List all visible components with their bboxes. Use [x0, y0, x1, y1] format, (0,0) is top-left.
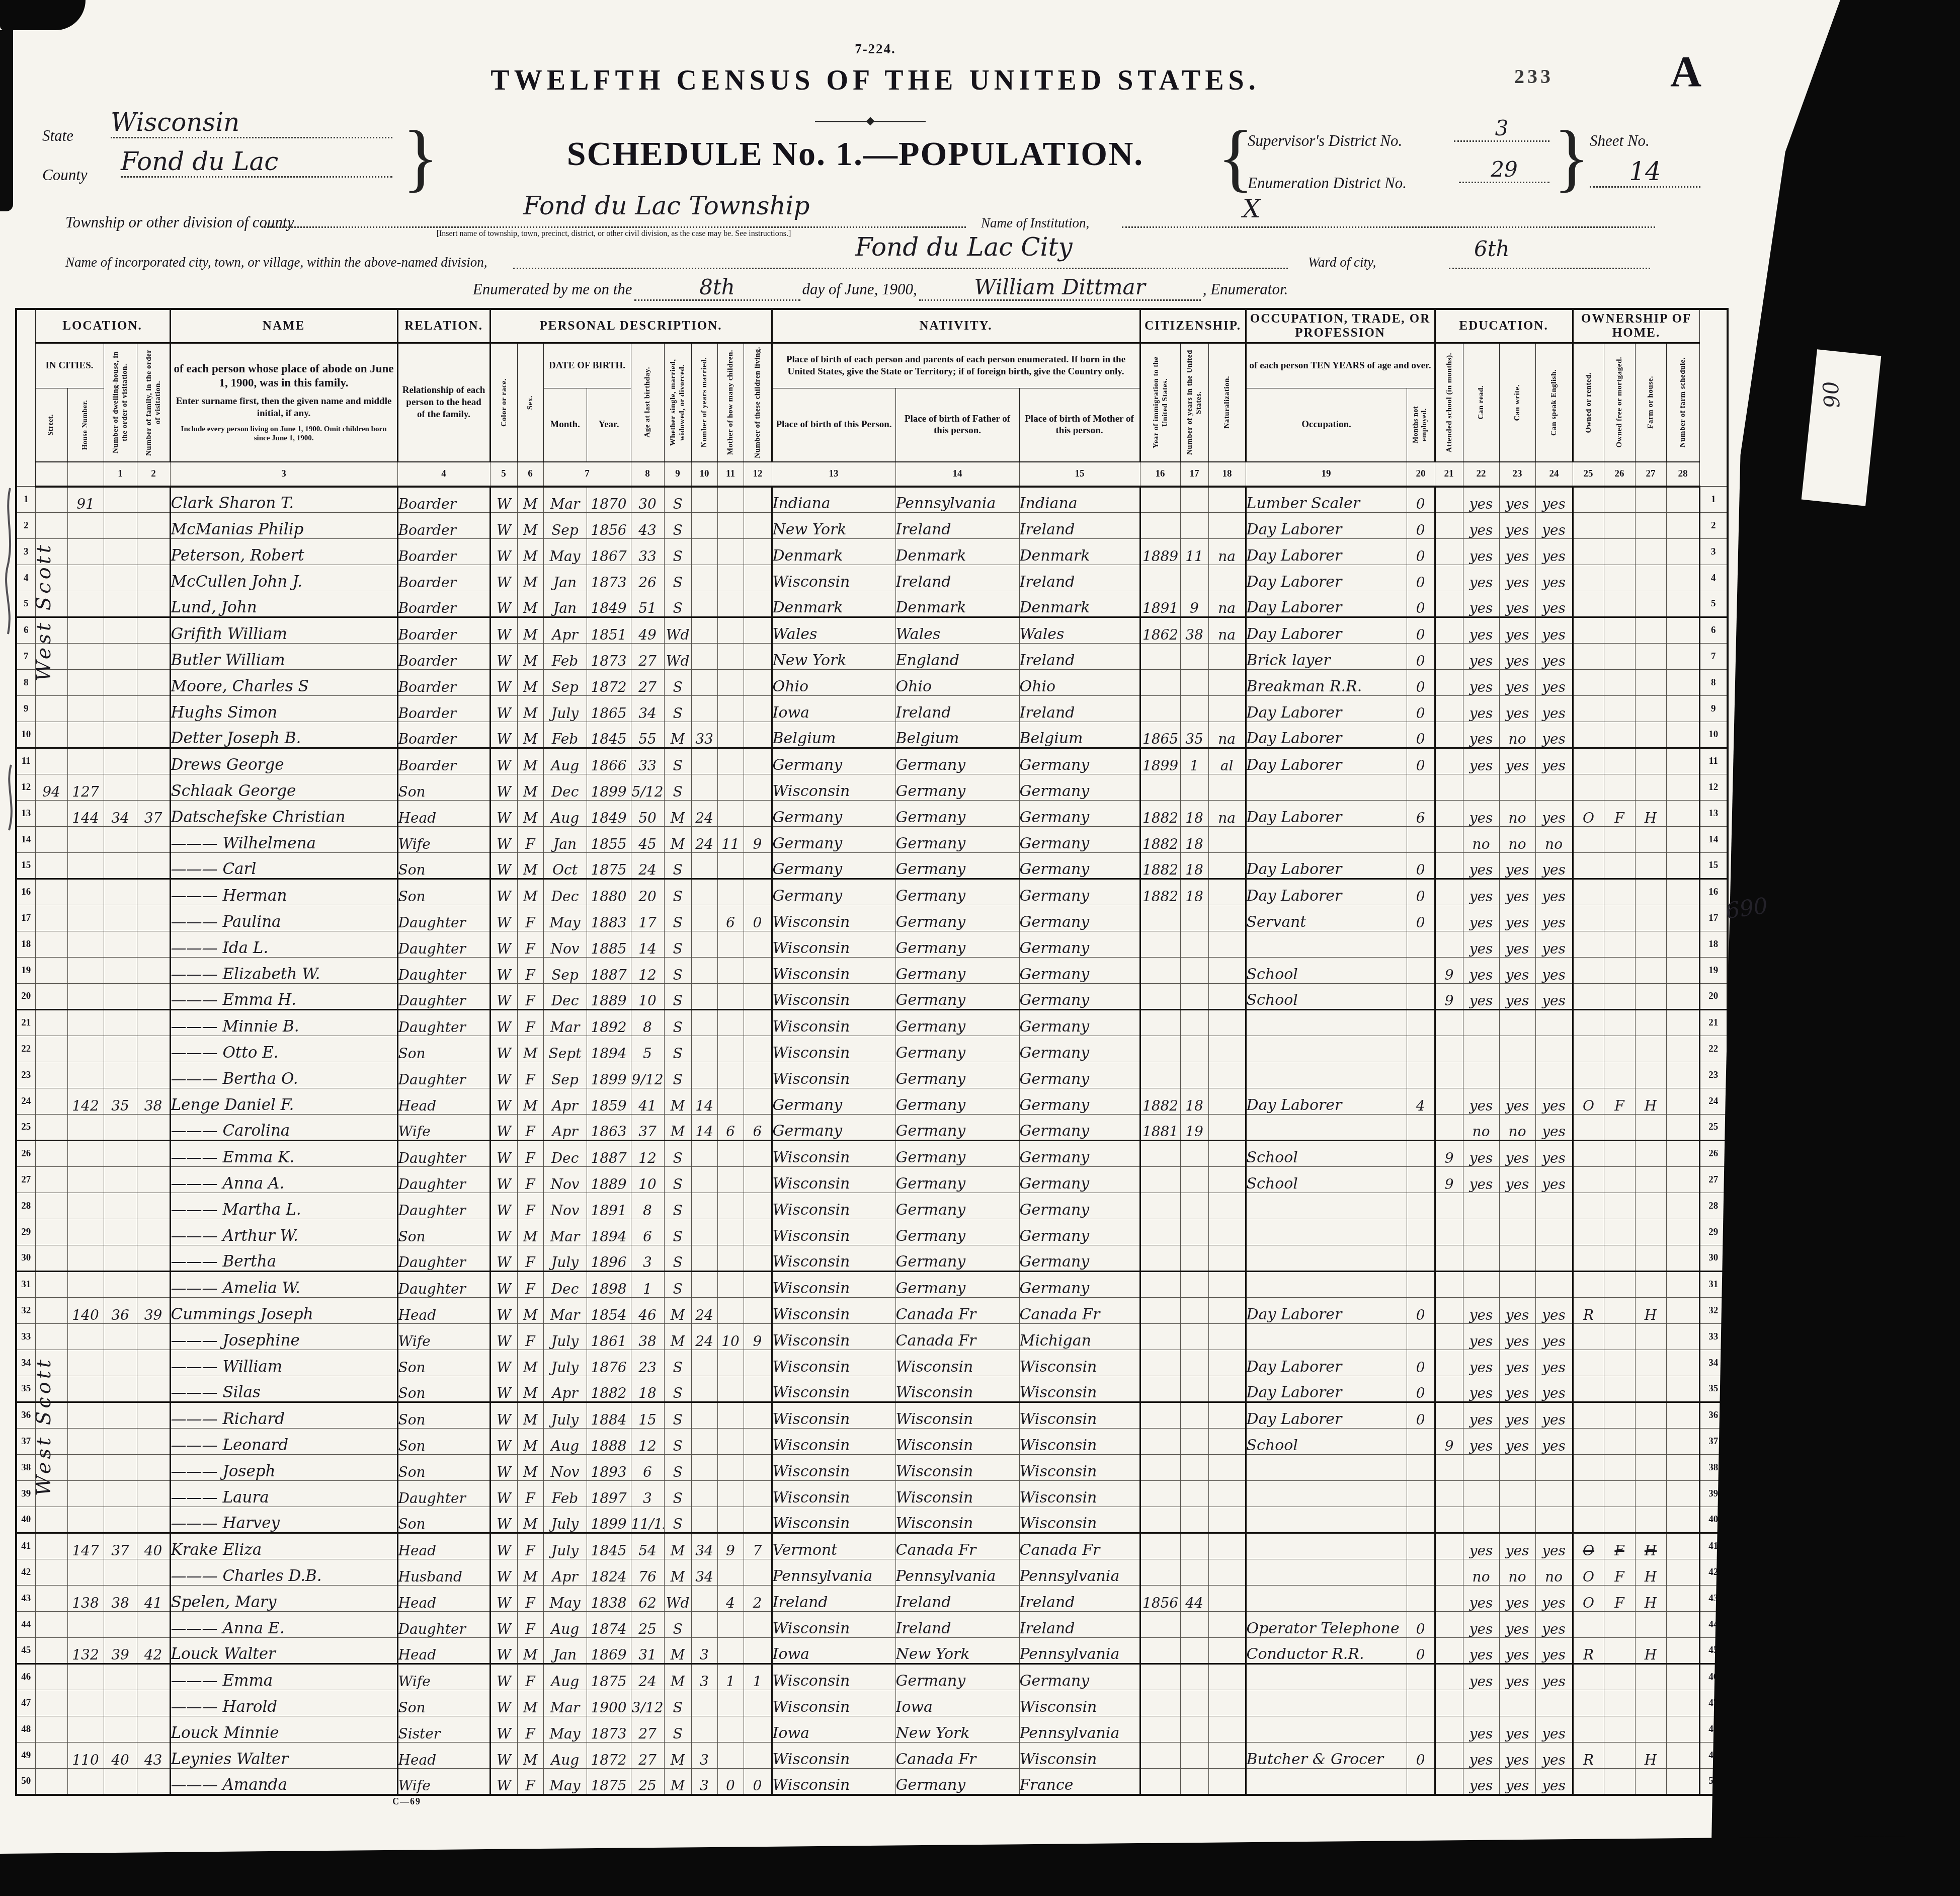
- cell-sch: [1435, 696, 1463, 722]
- cell-wr: yes: [1499, 1533, 1535, 1559]
- cell-ym: 24: [691, 1298, 717, 1324]
- cell-rd: yes: [1463, 1769, 1499, 1795]
- cell-nat: na: [1208, 591, 1246, 617]
- cell-nat: [1208, 1193, 1246, 1219]
- cell-fb: Germany: [895, 1088, 1019, 1115]
- cell-mc: [717, 984, 744, 1010]
- cell-mc: [717, 487, 744, 513]
- cell-rd: [1463, 1036, 1499, 1062]
- cell-yr: 1845: [587, 1533, 631, 1559]
- cell-rd: yes: [1463, 1167, 1499, 1193]
- cell-yus: [1180, 1612, 1208, 1638]
- cell-age: 51: [631, 591, 664, 617]
- cell-ym: [691, 1716, 717, 1743]
- cell-mc: [717, 879, 744, 905]
- cell-wr: yes: [1499, 1088, 1535, 1115]
- cell-mar: S: [664, 591, 691, 617]
- cell-rel: Boarder: [397, 722, 490, 748]
- cell-age: 3: [631, 1481, 664, 1507]
- cell-mar: S: [664, 487, 691, 513]
- cell-occ: Day Laborer: [1246, 1402, 1407, 1429]
- cell-dw: [104, 722, 137, 748]
- cell-sch: [1435, 1062, 1463, 1088]
- cell-house: [67, 1036, 104, 1062]
- cell-une: 0: [1407, 696, 1435, 722]
- cell-own: [1573, 1402, 1604, 1429]
- cell-cl: [744, 1559, 772, 1586]
- cell-fam: [137, 1429, 170, 1455]
- cell-street: [35, 931, 67, 958]
- cell-imm: 1882: [1140, 879, 1180, 905]
- cell-dw: 39: [104, 1638, 137, 1664]
- cell-age: 5: [631, 1036, 664, 1062]
- cell-yr: 1849: [587, 591, 631, 617]
- cell-own: [1573, 1507, 1604, 1533]
- cell-wr: [1499, 774, 1535, 801]
- cell-street: [35, 1716, 67, 1743]
- cell-en: yes: [1535, 931, 1573, 958]
- cell-race: W: [490, 644, 517, 670]
- cell-fb: Canada Fr: [895, 1324, 1019, 1350]
- cell-wr: yes: [1499, 905, 1535, 931]
- cell-pb: Wisconsin: [772, 1219, 895, 1245]
- cell-sex: M: [517, 487, 543, 513]
- cell-mb: Belgium: [1019, 722, 1140, 748]
- cell-cl: 7: [744, 1533, 772, 1559]
- cell-pb: Iowa: [772, 1638, 895, 1664]
- cell-sex: M: [517, 774, 543, 801]
- cell-frm: [1635, 1429, 1666, 1455]
- cell-yus: 1: [1180, 748, 1208, 774]
- cell-nat: [1208, 1167, 1246, 1193]
- cell-cl: [744, 801, 772, 827]
- cell-sex: M: [517, 565, 543, 591]
- state-county-brace: }: [402, 120, 439, 195]
- cell-en: [1535, 1272, 1573, 1298]
- cell-yus: [1180, 1036, 1208, 1062]
- cell-pb: Wisconsin: [772, 565, 895, 591]
- cell-race: W: [490, 513, 517, 539]
- cell-mar: M: [664, 1088, 691, 1115]
- cell-occ: [1246, 1324, 1407, 1350]
- cell-yus: [1180, 1664, 1208, 1690]
- cell-ym: [691, 1062, 717, 1088]
- cell-une: 0: [1407, 1350, 1435, 1376]
- cell-mo: Feb: [543, 1481, 587, 1507]
- cell-cl: [744, 1219, 772, 1245]
- cell-mc: 11: [717, 827, 744, 853]
- cell-pb: Wisconsin: [772, 905, 895, 931]
- cell-street: [35, 1690, 67, 1716]
- cell-dw: [104, 1376, 137, 1402]
- cell-rd: [1463, 1507, 1499, 1533]
- cell-street: [35, 1638, 67, 1664]
- cell-rel: Wife: [397, 1324, 490, 1350]
- census-row: 13 144 34 37 Datschefske Christian Head …: [16, 801, 1728, 827]
- cell-fre: [1604, 1507, 1635, 1533]
- col-street-label: Street.: [35, 388, 67, 462]
- cell-yus: [1180, 1298, 1208, 1324]
- cell-fam: 43: [137, 1743, 170, 1769]
- cell-imm: 1865: [1140, 722, 1180, 748]
- cell-yr: 1872: [587, 1743, 631, 1769]
- cell-rel: Son: [397, 1036, 490, 1062]
- cell-fam: [137, 827, 170, 853]
- cell-nat: [1208, 1115, 1246, 1141]
- cell-mb: Germany: [1019, 748, 1140, 774]
- census-row: 23 ——— Bertha O. Daughter W F Sep 1899 9…: [16, 1062, 1728, 1088]
- occupation-description: of each person TEN YEARS of age and over…: [1246, 343, 1435, 388]
- cell-rd: no: [1463, 1115, 1499, 1141]
- cell-mo: Nov: [543, 1455, 587, 1481]
- cell-mar: M: [664, 1115, 691, 1141]
- cell-frm: [1635, 1350, 1666, 1376]
- cell-mar: M: [664, 1664, 691, 1690]
- cell-fam: 39: [137, 1298, 170, 1324]
- cell-mb: Germany: [1019, 1088, 1140, 1115]
- cell-cl: [744, 1350, 772, 1376]
- cell-nat: [1208, 827, 1246, 853]
- cell-occ: Breakman R.R.: [1246, 670, 1407, 696]
- cell-imm: [1140, 1664, 1180, 1690]
- cell-fb: Denmark: [895, 539, 1019, 565]
- cell-fb: Canada Fr: [895, 1298, 1019, 1324]
- footer-form-code: C—69: [392, 1796, 421, 1807]
- cell-cl: [744, 1638, 772, 1664]
- cell-mar: M: [664, 722, 691, 748]
- cell-rel: Daughter: [397, 1612, 490, 1638]
- cell-race: W: [490, 1533, 517, 1559]
- cell-name: ——— Wilhelmena: [170, 827, 397, 853]
- cell-street: [35, 879, 67, 905]
- cell-pb: Wisconsin: [772, 931, 895, 958]
- cell-une: 0: [1407, 1298, 1435, 1324]
- cell-name: ——— Charles D.B.: [170, 1559, 397, 1586]
- cell-sched: [1666, 670, 1699, 696]
- cell-age: 18: [631, 1376, 664, 1402]
- cell-sch: [1435, 1115, 1463, 1141]
- cell-mar: S: [664, 1010, 691, 1036]
- cell-fre: [1604, 931, 1635, 958]
- cell-occ: [1246, 1245, 1407, 1272]
- cell-en: [1535, 1245, 1573, 1272]
- cell-age: 50: [631, 801, 664, 827]
- cell-nat: [1208, 1324, 1246, 1350]
- cell-pb: Indiana: [772, 487, 895, 513]
- cell-mb: Wisconsin: [1019, 1690, 1140, 1716]
- cell-nat: [1208, 513, 1246, 539]
- cell-yr: 1873: [587, 644, 631, 670]
- cell-yr: 1863: [587, 1115, 631, 1141]
- cell-en: yes: [1535, 1769, 1573, 1795]
- cell-mb: Wisconsin: [1019, 1429, 1140, 1455]
- cell-cl: 9: [744, 1324, 772, 1350]
- cell-n: 7: [1699, 644, 1728, 670]
- cell-ym: [691, 879, 717, 905]
- cell-fb: Wales: [895, 617, 1019, 644]
- cell-age: 62: [631, 1586, 664, 1612]
- cell-sex: M: [517, 1455, 543, 1481]
- cell-occ: Conductor R.R.: [1246, 1638, 1407, 1664]
- cell-yr: 1892: [587, 1010, 631, 1036]
- cell-nat: na: [1208, 617, 1246, 644]
- cell-fam: [137, 1559, 170, 1586]
- cell-wr: yes: [1499, 513, 1535, 539]
- cell-fam: [137, 696, 170, 722]
- cell-fre: [1604, 591, 1635, 617]
- cell-rd: yes: [1463, 591, 1499, 617]
- cell-sched: [1666, 1533, 1699, 1559]
- cell-fre: [1604, 958, 1635, 984]
- cell-dw: [104, 539, 137, 565]
- sheet-letter: A: [1670, 46, 1701, 97]
- cell-en: no: [1535, 1559, 1573, 1586]
- cell-frm: [1635, 722, 1666, 748]
- census-row: 47 ——— Harold Son W M Mar 1900 3/12 S Wi…: [16, 1690, 1728, 1716]
- cell-sched: [1666, 1010, 1699, 1036]
- cell-mb: Germany: [1019, 984, 1140, 1010]
- cell-yr: 1859: [587, 1088, 631, 1115]
- census-row: 3 Peterson, Robert Boarder W M May 1867 …: [16, 539, 1728, 565]
- city-value: Fond du Lac City: [855, 232, 1073, 262]
- form-number: 7-224.: [820, 41, 931, 57]
- cell-cl: 1: [744, 1664, 772, 1690]
- cell-mar: S: [664, 1141, 691, 1167]
- cell-ym: [691, 1402, 717, 1429]
- cell-fam: [137, 1193, 170, 1219]
- cell-rd: [1463, 1062, 1499, 1088]
- cell-name: Moore, Charles S: [170, 670, 397, 696]
- cell-pb: Wisconsin: [772, 1455, 895, 1481]
- cell-mc: [717, 722, 744, 748]
- cell-une: [1407, 1769, 1435, 1795]
- cell-race: W: [490, 1481, 517, 1507]
- cell-name: Datschefske Christian: [170, 801, 397, 827]
- cell-fam: [137, 565, 170, 591]
- cell-dw: [104, 591, 137, 617]
- cell-mo: Aug: [543, 1429, 587, 1455]
- cell-fam: [137, 722, 170, 748]
- cell-fb: Germany: [895, 827, 1019, 853]
- cell-mc: 9: [717, 1533, 744, 1559]
- cell-ym: [691, 853, 717, 879]
- cell-mo: May: [543, 539, 587, 565]
- cell-imm: [1140, 984, 1180, 1010]
- cell-frm: [1635, 879, 1666, 905]
- cell-sched: [1666, 905, 1699, 931]
- cell-race: W: [490, 1586, 517, 1612]
- cell-sched: [1666, 1559, 1699, 1586]
- cell-name: Lund, John: [170, 591, 397, 617]
- cell-fb: New York: [895, 1716, 1019, 1743]
- group-citizenship: CITIZENSHIP.: [1140, 309, 1246, 343]
- cell-rd: [1463, 1272, 1499, 1298]
- cell-yr: 1873: [587, 1716, 631, 1743]
- cell-sex: F: [517, 1193, 543, 1219]
- cell-sex: F: [517, 958, 543, 984]
- cell-fre: [1604, 984, 1635, 1010]
- cell-imm: [1140, 1272, 1180, 1298]
- cell-imm: [1140, 1167, 1180, 1193]
- cell-mc: [717, 617, 744, 644]
- cell-yr: 1861: [587, 1324, 631, 1350]
- column-number: 20: [1407, 462, 1435, 487]
- enumerated-post: , Enumerator.: [1203, 280, 1288, 298]
- cell-n: 3: [1699, 539, 1728, 565]
- cell-n: 49: [16, 1743, 35, 1769]
- cell-house: [67, 1193, 104, 1219]
- col-mother-of-label: Mother of how many children.: [717, 343, 744, 462]
- cell-une: [1407, 958, 1435, 984]
- cell-sch: [1435, 1481, 1463, 1507]
- col-dwelling-label: Number of dwelling-house, in the order o…: [104, 343, 137, 462]
- cell-mar: S: [664, 1455, 691, 1481]
- cell-fre: [1604, 539, 1635, 565]
- cell-occ: Day Laborer: [1246, 748, 1407, 774]
- cell-name: ——— Ida L.: [170, 931, 397, 958]
- cell-yr: 1874: [587, 1612, 631, 1638]
- cell-n: 29: [16, 1219, 35, 1245]
- cell-nat: [1208, 905, 1246, 931]
- cell-rel: Head: [397, 1586, 490, 1612]
- cell-rel: Son: [397, 1429, 490, 1455]
- cell-fam: [137, 774, 170, 801]
- census-row: 48 Louck Minnie Sister W F May 1873 27 S…: [16, 1716, 1728, 1743]
- supervisor-value: 3: [1454, 116, 1549, 142]
- cell-n: 6: [1699, 617, 1728, 644]
- cell-imm: [1140, 1638, 1180, 1664]
- cell-mc: 1: [717, 1664, 744, 1690]
- cell-nat: [1208, 1010, 1246, 1036]
- cell-une: 0: [1407, 591, 1435, 617]
- cell-race: W: [490, 1769, 517, 1795]
- cell-age: 34: [631, 696, 664, 722]
- cell-une: 0: [1407, 748, 1435, 774]
- cell-sched: [1666, 1612, 1699, 1638]
- cell-house: [67, 1376, 104, 1402]
- cell-age: 15: [631, 1402, 664, 1429]
- cell-wr: [1499, 1455, 1535, 1481]
- cell-sched: [1666, 1350, 1699, 1376]
- cell-name: ——— Anna A.: [170, 1167, 397, 1193]
- cell-cl: [744, 958, 772, 984]
- cell-yr: 1824: [587, 1559, 631, 1586]
- cell-yus: [1180, 984, 1208, 1010]
- cell-une: [1407, 1193, 1435, 1219]
- cell-n: 21: [1699, 1010, 1728, 1036]
- cell-mo: Aug: [543, 1743, 587, 1769]
- cell-fam: [137, 1664, 170, 1690]
- cell-imm: 1891: [1140, 591, 1180, 617]
- cell-yus: [1180, 1402, 1208, 1429]
- cell-n: 17: [1699, 905, 1728, 931]
- cell-fre: [1604, 1193, 1635, 1219]
- cell-imm: [1140, 1612, 1180, 1638]
- cell-house: [67, 879, 104, 905]
- cell-occ: School: [1246, 1141, 1407, 1167]
- cell-occ: Day Laborer: [1246, 1298, 1407, 1324]
- cell-sch: [1435, 1088, 1463, 1115]
- cell-dw: [104, 1664, 137, 1690]
- cell-dw: [104, 1716, 137, 1743]
- cell-rd: yes: [1463, 1350, 1499, 1376]
- enumerated-line: Enumerated by me on the 8th day of June,…: [352, 275, 1409, 301]
- cell-fb: Germany: [895, 1193, 1019, 1219]
- cell-sex: F: [517, 1716, 543, 1743]
- cell-own: [1573, 984, 1604, 1010]
- cell-race: W: [490, 748, 517, 774]
- cell-frm: [1635, 1010, 1666, 1036]
- cell-frm: [1635, 1115, 1666, 1141]
- cell-fb: Germany: [895, 1272, 1019, 1298]
- cell-pb: Wisconsin: [772, 1036, 895, 1062]
- cell-rel: Son: [397, 1402, 490, 1429]
- cell-mb: Denmark: [1019, 591, 1140, 617]
- cell-own: [1573, 1664, 1604, 1690]
- cell-en: yes: [1535, 853, 1573, 879]
- cell-name: ——— Herman: [170, 879, 397, 905]
- cell-mb: Germany: [1019, 801, 1140, 827]
- cell-wr: no: [1499, 1115, 1535, 1141]
- cell-mc: [717, 1088, 744, 1115]
- cell-nat: [1208, 984, 1246, 1010]
- cell-mo: Sep: [543, 1062, 587, 1088]
- cell-age: 1: [631, 1272, 664, 1298]
- cell-fb: Germany: [895, 905, 1019, 931]
- cell-house: [67, 1455, 104, 1481]
- cell-n: 20: [1699, 984, 1728, 1010]
- cell-nat: [1208, 1586, 1246, 1612]
- cell-imm: 1862: [1140, 617, 1180, 644]
- cell-yus: [1180, 1690, 1208, 1716]
- cell-sched: [1666, 1167, 1699, 1193]
- cell-ym: [691, 1010, 717, 1036]
- cell-pb: Germany: [772, 879, 895, 905]
- cell-rel: Boarder: [397, 539, 490, 565]
- cell-mar: S: [664, 958, 691, 984]
- cell-frm: [1635, 591, 1666, 617]
- cell-nat: [1208, 1664, 1246, 1690]
- cell-own: [1573, 1115, 1604, 1141]
- cell-name: ——— Harold: [170, 1690, 397, 1716]
- cell-sch: [1435, 1743, 1463, 1769]
- cell-sex: M: [517, 1638, 543, 1664]
- cell-fb: New York: [895, 1638, 1019, 1664]
- cell-mo: Apr: [543, 1559, 587, 1586]
- cell-rel: Boarder: [397, 487, 490, 513]
- col-year-label: Year.: [587, 388, 631, 462]
- cell-yr: 1900: [587, 1690, 631, 1716]
- cell-fb: Ireland: [895, 1586, 1019, 1612]
- cell-cl: 6: [744, 1115, 772, 1141]
- cell-own: [1573, 853, 1604, 879]
- cell-mar: S: [664, 1690, 691, 1716]
- cell-dw: 40: [104, 1743, 137, 1769]
- cell-en: [1535, 1036, 1573, 1062]
- cell-frm: H: [1635, 1586, 1666, 1612]
- cell-wr: yes: [1499, 1350, 1535, 1376]
- cell-sex: M: [517, 748, 543, 774]
- cell-race: W: [490, 1115, 517, 1141]
- column-number: 25: [1573, 462, 1604, 487]
- cell-mar: S: [664, 1429, 691, 1455]
- cell-age: 8: [631, 1010, 664, 1036]
- cell-en: yes: [1535, 1716, 1573, 1743]
- cell-race: W: [490, 539, 517, 565]
- cell-name: ——— Arthur W.: [170, 1219, 397, 1245]
- cell-house: [67, 1690, 104, 1716]
- cell-fb: Germany: [895, 1010, 1019, 1036]
